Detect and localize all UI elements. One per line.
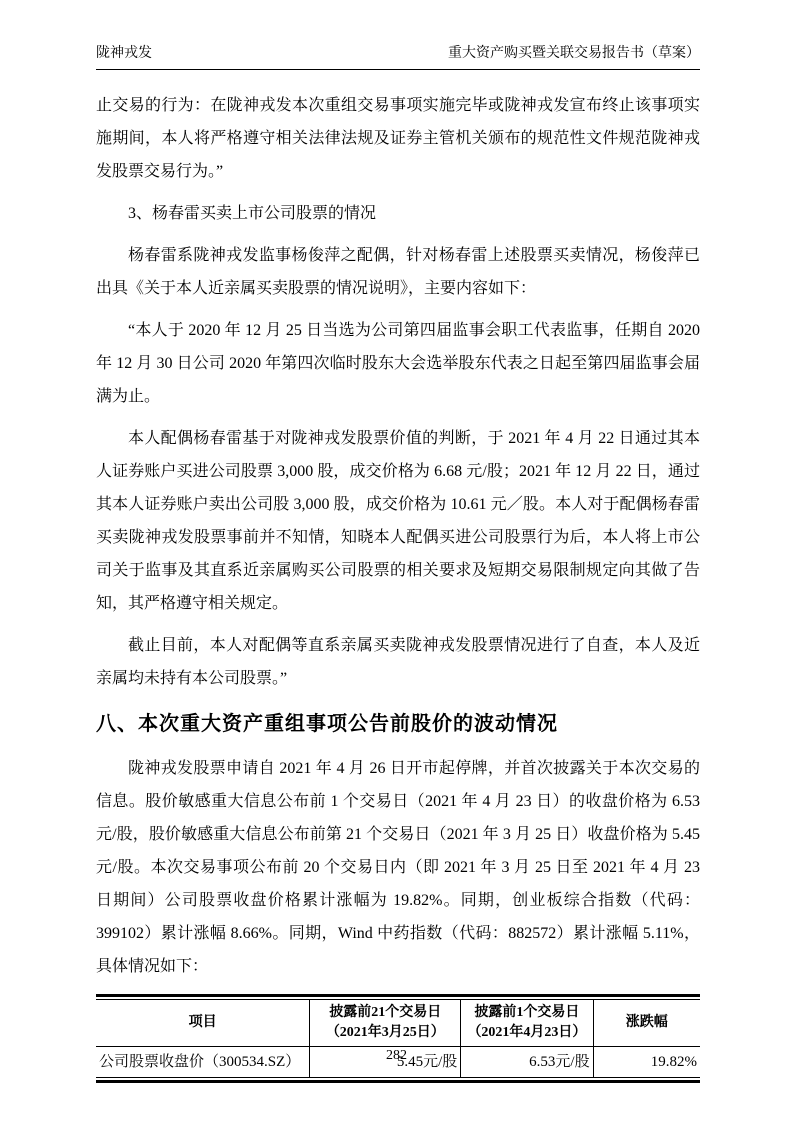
paragraph-quote-3: 截止目前，本人对配偶等直系亲属买卖陇神戎发股票情况进行了自查，本人及近亲属均未持… <box>96 629 700 695</box>
paragraph-quote-2: 本人配偶杨春雷基于对陇神戎发股票价值的判断，于 2021 年 4 月 22 日通… <box>96 422 700 620</box>
page-number: 282 <box>0 1048 793 1064</box>
section-heading: 八、本次重大资产重组事项公告前股价的波动情况 <box>96 709 700 739</box>
report-page: 陇神戎发 重大资产购买暨关联交易报告书（草案） 止交易的行为：在陇神戎发本次重组… <box>0 0 793 1122</box>
header-company-name: 陇神戎发 <box>96 44 152 64</box>
paragraph-intro: 杨春雷系陇神戎发监事杨俊萍之配偶，针对杨春雷上述股票买卖情况，杨俊萍已出具《关于… <box>96 239 700 305</box>
subsection-heading: 3、杨春雷买卖上市公司股票的情况 <box>96 197 700 230</box>
stock-price-table: 项目 披露前21个交易日 （2021年3月25日） 披露前1个交易日 （2021… <box>96 999 700 1078</box>
table-header-21-days-before: 披露前21个交易日 （2021年3月25日） <box>310 1000 461 1047</box>
table-header-1-day-before: 披露前1个交易日 （2021年4月23日） <box>461 1000 593 1047</box>
document-body: 止交易的行为：在陇神戎发本次重组交易事项实施完毕或陇神戎发宣布终止该事项实施期间… <box>96 89 700 983</box>
table-header-change: 涨跌幅 <box>593 1000 700 1047</box>
table-header-row: 项目 披露前21个交易日 （2021年3月25日） 披露前1个交易日 （2021… <box>96 1000 700 1047</box>
header-report-title: 重大资产购买暨关联交易报告书（草案） <box>448 44 700 64</box>
paragraph-section-body: 陇神戎发股票申请自 2021 年 4 月 26 日开市起停牌，并首次披露关于本次… <box>96 752 700 983</box>
table-header-item: 项目 <box>96 1000 310 1047</box>
paragraph-continuation: 止交易的行为：在陇神戎发本次重组交易事项实施完毕或陇神戎发宣布终止该事项实施期间… <box>96 89 700 188</box>
paragraph-quote-1: “本人于 2020 年 12 月 25 日当选为公司第四届监事会职工代表监事，任… <box>96 314 700 413</box>
running-header: 陇神戎发 重大资产购买暨关联交易报告书（草案） <box>96 44 700 70</box>
stock-price-table-wrapper: 项目 披露前21个交易日 （2021年3月25日） 披露前1个交易日 （2021… <box>96 994 700 1083</box>
